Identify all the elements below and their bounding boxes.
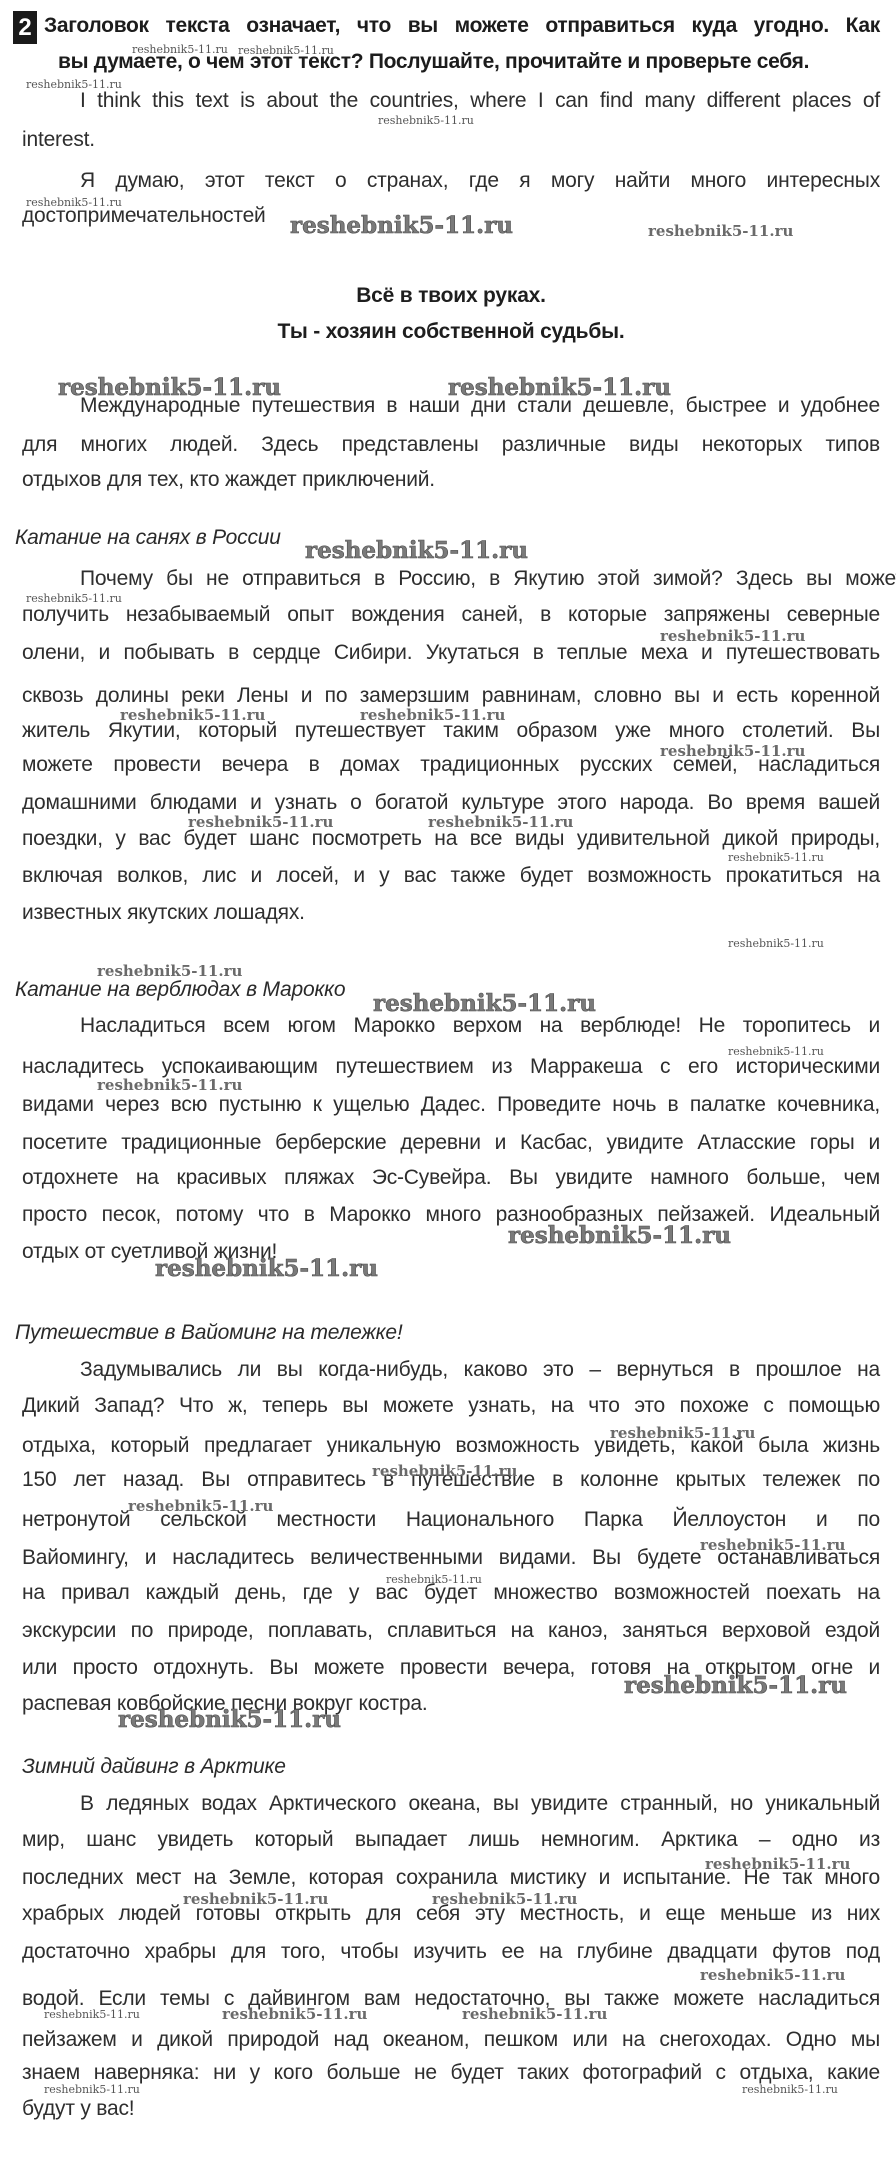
textbook-page: 2 Заголовок текста означает, что вы може…: [0, 0, 896, 2174]
watermark: reshebnik5-11.ru: [155, 1255, 378, 1282]
watermark: reshebnik5-11.ru: [378, 114, 474, 127]
watermark: reshebnik5-11.ru: [372, 1462, 517, 1480]
watermark: reshebnik5-11.ru: [432, 1890, 577, 1908]
watermark: reshebnik5-11.ru: [660, 627, 805, 645]
watermark: reshebnik5-11.ru: [728, 937, 824, 950]
watermark: reshebnik5-11.ru: [508, 1222, 731, 1249]
watermark: reshebnik5-11.ru: [728, 1045, 824, 1058]
watermark: reshebnik5-11.ru: [132, 43, 228, 56]
watermark: reshebnik5-11.ru: [128, 1497, 273, 1515]
section-arctic-line: достаточно храбры для того, чтобы изучит…: [22, 1939, 880, 1965]
article-title-line-2: Ты - хозяин собственной судьбы.: [22, 319, 880, 345]
section-russia-line: получить незабываемый опыт вождения сане…: [22, 602, 880, 628]
watermark: reshebnik5-11.ru: [728, 851, 824, 864]
watermark: reshebnik5-11.ru: [624, 1672, 847, 1699]
watermark: reshebnik5-11.ru: [660, 742, 805, 760]
section-arctic-line: пейзажем и дикой природой над океаном, п…: [22, 2027, 880, 2053]
english-answer-line-2: interest.: [22, 127, 880, 153]
watermark: reshebnik5-11.ru: [238, 44, 334, 57]
watermark: reshebnik5-11.ru: [44, 2008, 140, 2021]
section-arctic-line: будут у вас!: [22, 2096, 880, 2122]
watermark: reshebnik5-11.ru: [44, 2083, 140, 2096]
intro-line-2: для многих людей. Здесь представлены раз…: [22, 432, 880, 458]
watermark: reshebnik5-11.ru: [97, 1076, 242, 1094]
section-morocco-line: просто песок, потому что в Марокко много…: [22, 1202, 880, 1228]
watermark: reshebnik5-11.ru: [462, 2005, 607, 2023]
watermark: reshebnik5-11.ru: [610, 1424, 755, 1442]
watermark: reshebnik5-11.ru: [290, 212, 513, 239]
watermark: reshebnik5-11.ru: [188, 813, 333, 831]
section-russia-line: известных якутских лошадях.: [22, 900, 880, 926]
intro-line-3: отдыхов для тех, кто жаждет приключений.: [22, 467, 880, 493]
watermark: reshebnik5-11.ru: [705, 1855, 850, 1873]
task-line-1: Заголовок текста означает, что вы можете…: [44, 13, 880, 39]
exercise-number-badge: 2: [13, 11, 37, 44]
watermark: reshebnik5-11.ru: [183, 1890, 328, 1908]
watermark: reshebnik5-11.ru: [700, 1966, 845, 1984]
watermark: reshebnik5-11.ru: [373, 990, 596, 1017]
watermark: reshebnik5-11.ru: [222, 2005, 367, 2023]
watermark: reshebnik5-11.ru: [58, 374, 281, 401]
watermark: reshebnik5-11.ru: [386, 1573, 482, 1586]
watermark: reshebnik5-11.ru: [648, 222, 793, 240]
watermark: reshebnik5-11.ru: [305, 537, 528, 564]
section-heading-arctic: Зимний дайвинг в Арктике: [22, 1754, 880, 1780]
section-russia-line: включая волков, лис и лосей, и у вас так…: [22, 863, 880, 889]
watermark: reshebnik5-11.ru: [428, 813, 573, 831]
section-morocco-line: отдохнете на красивых пляжах Эс-Сувейра.…: [22, 1165, 880, 1191]
watermark: reshebnik5-11.ru: [120, 706, 265, 724]
watermark: reshebnik5-11.ru: [26, 78, 122, 91]
russian-answer-line-1: Я думаю, этот текст о странах, где я мог…: [22, 168, 880, 194]
section-wyoming-line: Дикий Запад? Что ж, теперь вы можете узн…: [22, 1393, 880, 1419]
watermark: reshebnik5-11.ru: [360, 706, 505, 724]
section-morocco-line: видами через всю пустыню к ущелью Дадес.…: [22, 1092, 880, 1118]
section-morocco-line: отдых от суетливой жизни!: [22, 1239, 880, 1265]
section-russia-line: Почему бы не отправиться в Россию, в Яку…: [44, 566, 896, 592]
watermark: reshebnik5-11.ru: [742, 2083, 838, 2096]
watermark: reshebnik5-11.ru: [118, 1706, 341, 1733]
section-arctic-line: водой. Если темы с дайвингом вам недоста…: [22, 1986, 880, 2012]
watermark: reshebnik5-11.ru: [26, 592, 122, 605]
watermark: reshebnik5-11.ru: [448, 374, 671, 401]
section-arctic-line: мир, шанс увидеть который выпадает лишь …: [22, 1827, 880, 1853]
watermark: reshebnik5-11.ru: [97, 962, 242, 980]
section-wyoming-line: экскурсии по природе, поплавать, сплавит…: [22, 1618, 880, 1644]
section-heading-wyoming: Путешествие в Вайоминг на тележке!: [15, 1320, 873, 1346]
article-title-line-1: Всё в твоих руках.: [22, 283, 880, 309]
english-answer-line-1: I think this text is about the countries…: [22, 88, 880, 114]
section-morocco-line: посетите традиционные берберские деревни…: [22, 1130, 880, 1156]
section-wyoming-line: Задумывались ли вы когда-нибудь, каково …: [22, 1357, 880, 1383]
watermark: reshebnik5-11.ru: [700, 1536, 845, 1554]
section-arctic-line: В ледяных водах Арктического океана, вы …: [22, 1791, 880, 1817]
watermark: reshebnik5-11.ru: [26, 196, 122, 209]
